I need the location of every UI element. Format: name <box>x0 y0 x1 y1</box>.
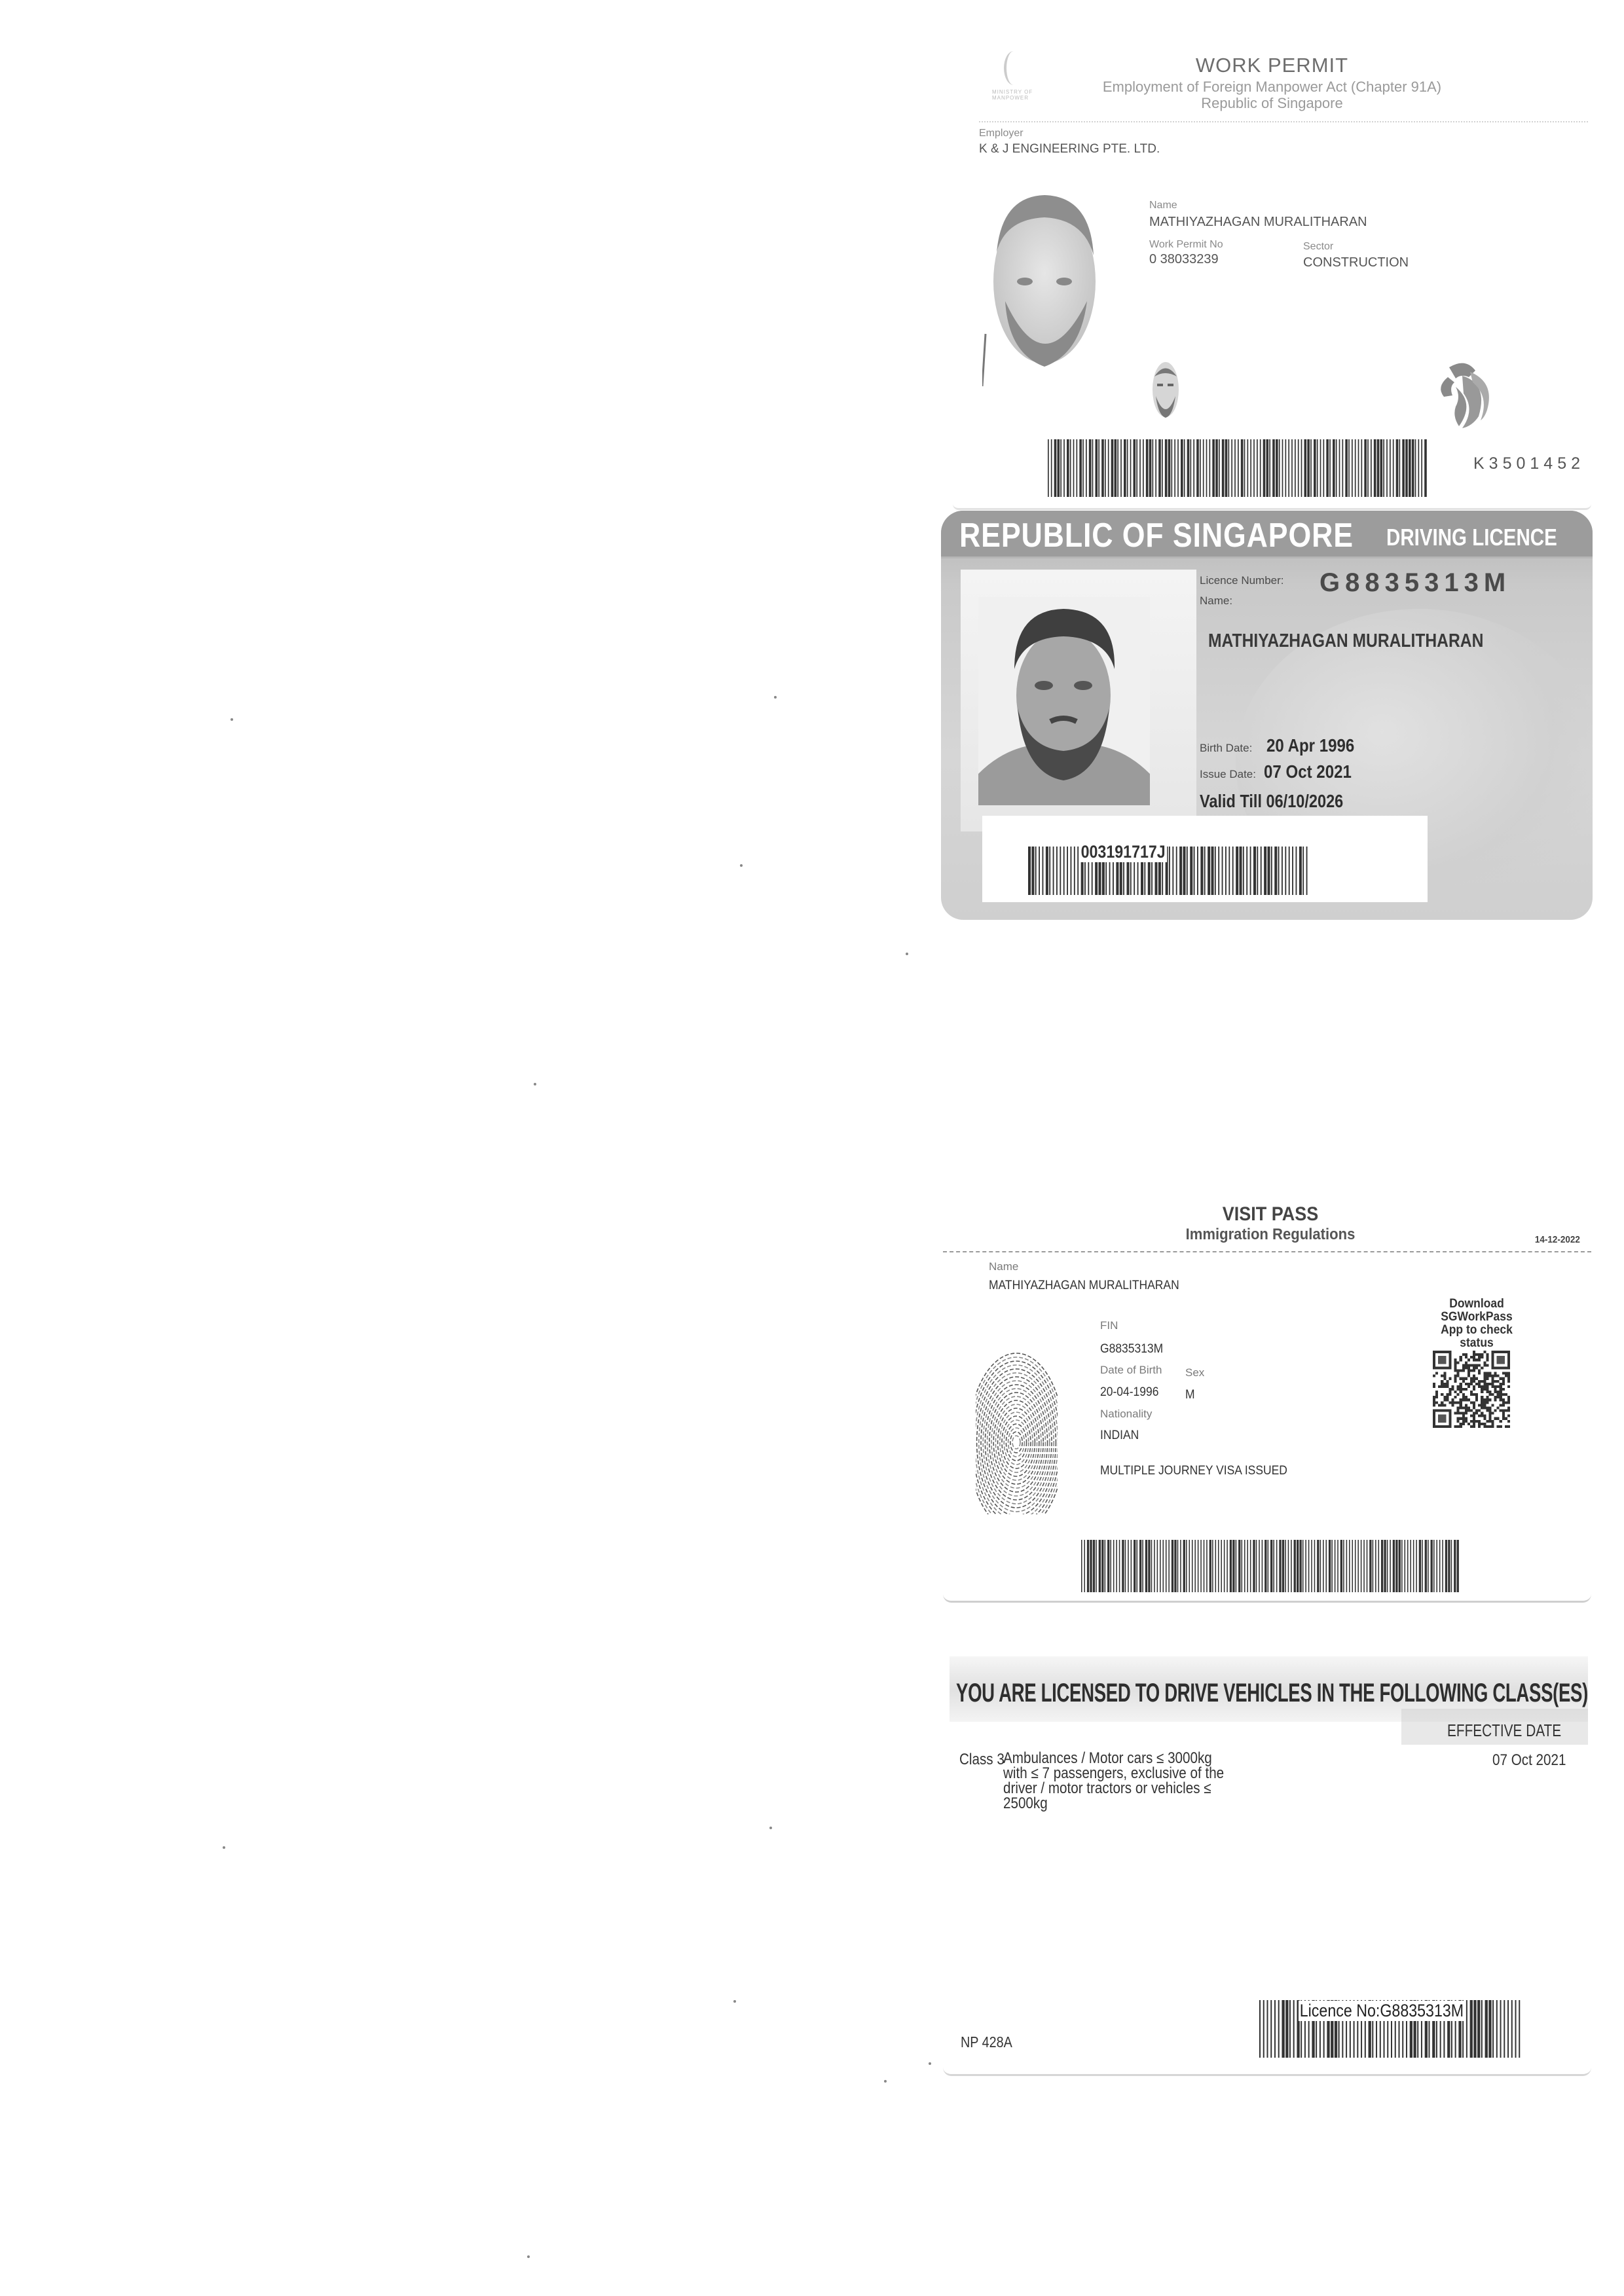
nationality-label: Nationality <box>1100 1408 1152 1421</box>
scan-speck <box>223 1846 225 1849</box>
nationality-value: INDIAN <box>1100 1429 1139 1443</box>
issue-date-label: Issue Date: <box>1200 768 1256 781</box>
serial-number: K3501452 <box>1473 454 1585 473</box>
banner-doc-type: DRIVING LICENCE <box>1386 524 1557 551</box>
visit-pass-subtitle: Immigration Regulations <box>969 1226 1572 1244</box>
fin-value: G8835313M <box>1100 1342 1163 1357</box>
name-value: MATHIYAZHAGAN MURALITHARAN <box>1208 630 1483 652</box>
lion-head-icon <box>1430 357 1495 429</box>
scan-speck <box>884 2080 887 2083</box>
sector-label: Sector <box>1303 241 1333 253</box>
visit-pass-title: VISIT PASS <box>976 1203 1565 1226</box>
scan-speck <box>774 696 777 699</box>
fingerprint-icon <box>976 1344 1058 1514</box>
form-code: NP 428A <box>961 2033 1012 2051</box>
dob-label: Date of Birth <box>1100 1364 1162 1377</box>
card-edge <box>953 504 1591 510</box>
barcode-number: 003191717J <box>1079 842 1167 862</box>
barcode-icon <box>1081 1540 1460 1592</box>
card-edge <box>943 1594 1591 1603</box>
licence-number-value: G8835313M <box>1319 568 1511 598</box>
issue-date: 14-12-2022 <box>1535 1234 1580 1245</box>
licence-number-label: Licence Number: <box>1200 574 1284 587</box>
divider <box>979 121 1588 122</box>
visa-note: MULTIPLE JOURNEY VISA ISSUED <box>1100 1464 1287 1478</box>
app-prompt: Download SGWorkPass App to check status <box>1426 1298 1528 1350</box>
ghost-photo <box>1149 360 1179 422</box>
employer-value: K & J ENGINEERING PTE. LTD. <box>979 142 1160 156</box>
class-name: Class 3 <box>959 1751 1005 1769</box>
birth-date-label: Birth Date: <box>1200 742 1252 755</box>
barcode-icon <box>1028 847 1310 895</box>
holder-photo <box>978 597 1150 805</box>
work-permit-title: WORK PERMIT <box>953 54 1591 77</box>
scan-speck <box>733 2000 736 2003</box>
sex-label: Sex <box>1185 1366 1204 1379</box>
fin-label: FIN <box>1100 1319 1118 1332</box>
barcode-panel: 003191717J <box>982 816 1428 902</box>
name-value: MATHIYAZHAGAN MURALITHARAN <box>989 1279 1179 1293</box>
driving-licence-back-card: YOU ARE LICENSED TO DRIVE VEHICLES IN TH… <box>943 1643 1591 2069</box>
effective-date-label: EFFECTIVE DATE <box>1447 1721 1561 1741</box>
barcode-icon <box>1048 439 1428 497</box>
class-effective-date: 07 Oct 2021 <box>1492 1751 1566 1770</box>
valid-till: Valid Till 06/10/2026 <box>1200 791 1343 812</box>
scan-speck <box>231 718 233 721</box>
scan-speck <box>929 2062 931 2065</box>
banner-country: REPUBLIC OF SINGAPORE <box>959 516 1354 555</box>
scan-speck <box>769 1827 772 1829</box>
sector-value: CONSTRUCTION <box>1303 255 1409 270</box>
driving-licence-front-card: REPUBLIC OF SINGAPORE DRIVING LICENCE Li… <box>941 511 1593 920</box>
permit-no-value: 0 38033239 <box>1149 252 1219 267</box>
divider <box>943 1251 1591 1252</box>
class-description: Ambulances / Motor cars ≤ 3000kg with ≤ … <box>1003 1751 1234 1811</box>
barcode-licence-number: Licence No:G8835313M <box>1299 2001 1465 2021</box>
issue-date-value: 07 Oct 2021 <box>1264 761 1352 782</box>
scan-speck <box>906 953 908 955</box>
birth-date-value: 20 Apr 1996 <box>1266 735 1354 756</box>
classes-heading: YOU ARE LICENSED TO DRIVE VEHICLES IN TH… <box>956 1679 1588 1708</box>
permit-no-label: Work Permit No <box>1149 239 1223 251</box>
scan-speck <box>527 2255 530 2258</box>
scan-speck <box>534 1083 536 1085</box>
qr-code-icon[interactable] <box>1433 1351 1510 1428</box>
employer-label: Employer <box>979 128 1024 139</box>
card-edge <box>943 2068 1591 2076</box>
name-label: Name <box>1149 200 1177 211</box>
name-label: Name: <box>1200 594 1232 608</box>
name-label: Name <box>989 1260 1018 1273</box>
dob-value: 20-04-1996 <box>1100 1385 1158 1400</box>
sex-value: M <box>1185 1388 1195 1402</box>
work-permit-card: MINISTRY OFMANPOWER WORK PERMIT Employme… <box>953 39 1591 471</box>
licence-banner: REPUBLIC OF SINGAPORE DRIVING LICENCE <box>941 511 1593 558</box>
scan-speck <box>740 864 743 867</box>
work-permit-subtitle: Employment of Foreign Manpower Act (Chap… <box>953 79 1591 111</box>
name-value: MATHIYAZHAGAN MURALITHARAN <box>1149 215 1367 230</box>
visit-pass-card: VISIT PASS Immigration Regulations 14-12… <box>943 1185 1591 1611</box>
holder-photo <box>982 190 1100 386</box>
